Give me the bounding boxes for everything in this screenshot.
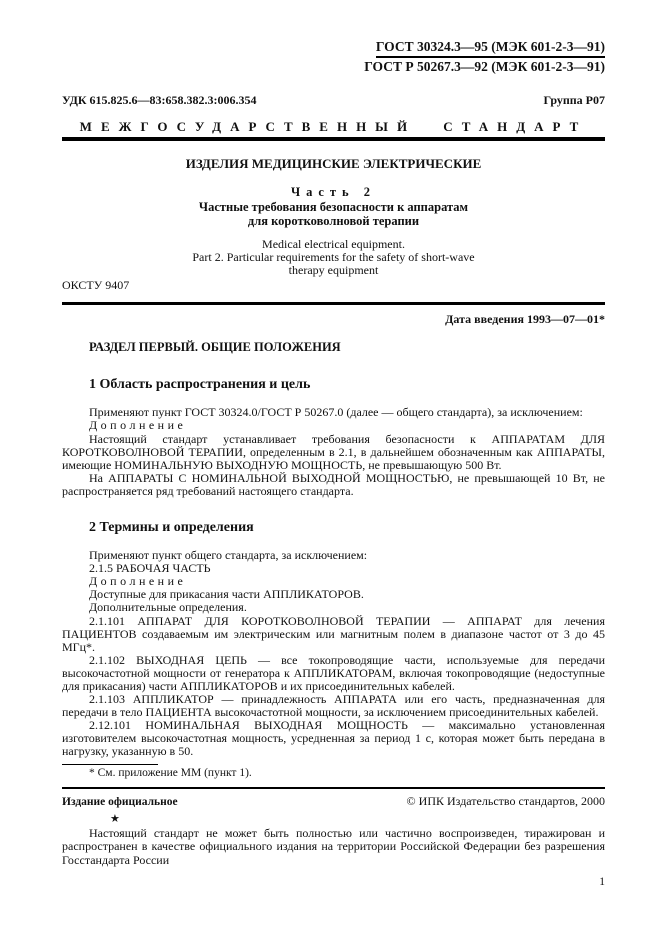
- reproduction-disclaimer: Настоящий стандарт не может быть полност…: [62, 827, 605, 867]
- section2-body: Применяют пункт общего стандарта, за иск…: [62, 549, 605, 759]
- section1-addition-label: Дополнение: [62, 419, 605, 432]
- header-separator-rule: [62, 302, 605, 305]
- gost-number-line2: ГОСТ Р 50267.3—92 (МЭК 601-2-3—91): [364, 59, 605, 74]
- page-number: 1: [62, 876, 605, 888]
- section1-heading: 1 Область распространения и цель: [62, 377, 605, 393]
- footer-row: Издание официальное © ИПК Издательство с…: [62, 794, 605, 809]
- section2-definition: 2.1.101 АППАРАТ ДЛЯ КОРОТКОВОЛНОВОЙ ТЕРА…: [62, 615, 605, 654]
- document-page: ГОСТ 30324.3—95 (МЭК 601-2-3—91) ГОСТ Р …: [0, 0, 661, 936]
- subtitle-line2: для коротковолновой терапии: [248, 214, 419, 228]
- okstu-code: ОКСТУ 9407: [62, 278, 605, 293]
- footnote-block: * См. приложение ММ (пункт 1).: [62, 764, 605, 779]
- part-label: Часть 2: [62, 185, 605, 200]
- copyright-notice: © ИПК Издательство стандартов, 2000: [407, 794, 605, 809]
- section1-paragraph: Настоящий стандарт устанавливает требова…: [62, 433, 605, 472]
- section2-definition: 2.1.103 АППЛИКАТОР — принадлежность АППА…: [62, 693, 605, 719]
- subtitle-line1: Частные требования безопасности к аппара…: [199, 200, 468, 214]
- standard-designations: ГОСТ 30324.3—95 (МЭК 601-2-3—91) ГОСТ Р …: [62, 38, 605, 75]
- title-en-line3: therapy equipment: [289, 263, 379, 277]
- footer-rule: [62, 787, 605, 790]
- interstate-standard-banner: МЕЖГОСУДАРСТВЕННЫЙ СТАНДАРТ: [62, 119, 605, 135]
- footnote-text: * См. приложение ММ (пункт 1).: [62, 767, 605, 779]
- official-edition-label: Издание официальное: [62, 796, 178, 808]
- section1-body: Применяют пункт ГОСТ 30324.0/ГОСТ Р 5026…: [62, 406, 605, 498]
- udk-code: УДК 615.825.6—83:658.382.3:006.354: [62, 93, 257, 108]
- introduction-date: Дата введения 1993—07—01*: [62, 312, 605, 327]
- document-title-en: Medical electrical equipment. Part 2. Pa…: [62, 238, 605, 276]
- document-title-ru: ИЗДЕЛИЯ МЕДИЦИНСКИЕ ЭЛЕКТРИЧЕСКИЕ: [62, 156, 605, 172]
- banner-rule: [62, 137, 605, 141]
- gost-number-line1: ГОСТ 30324.3—95 (МЭК 601-2-3—91): [376, 38, 605, 58]
- group-code: Группа Р07: [543, 93, 605, 108]
- section-razdel-title: РАЗДЕЛ ПЕРВЫЙ. ОБЩИЕ ПОЛОЖЕНИЯ: [62, 340, 605, 355]
- star-icon: ★: [110, 814, 605, 825]
- section2-definition: 2.12.101 НОМИНАЛЬНАЯ ВЫХОДНАЯ МОЩНОСТЬ —…: [62, 719, 605, 758]
- section2-paragraph: Дополнительные определения.: [62, 601, 605, 614]
- document-subtitle: Частные требования безопасности к аппара…: [62, 201, 605, 228]
- section2-definition: 2.1.102 ВЫХОДНАЯ ЦЕПЬ — все токопроводящ…: [62, 654, 605, 693]
- udk-group-row: УДК 615.825.6—83:658.382.3:006.354 Групп…: [62, 93, 605, 108]
- footnote-rule: [62, 764, 158, 765]
- section2-heading: 2 Термины и определения: [62, 520, 605, 536]
- section1-paragraph: На АППАРАТЫ С НОМИНАЛЬНОЙ ВЫХОДНОЙ МОЩНО…: [62, 472, 605, 498]
